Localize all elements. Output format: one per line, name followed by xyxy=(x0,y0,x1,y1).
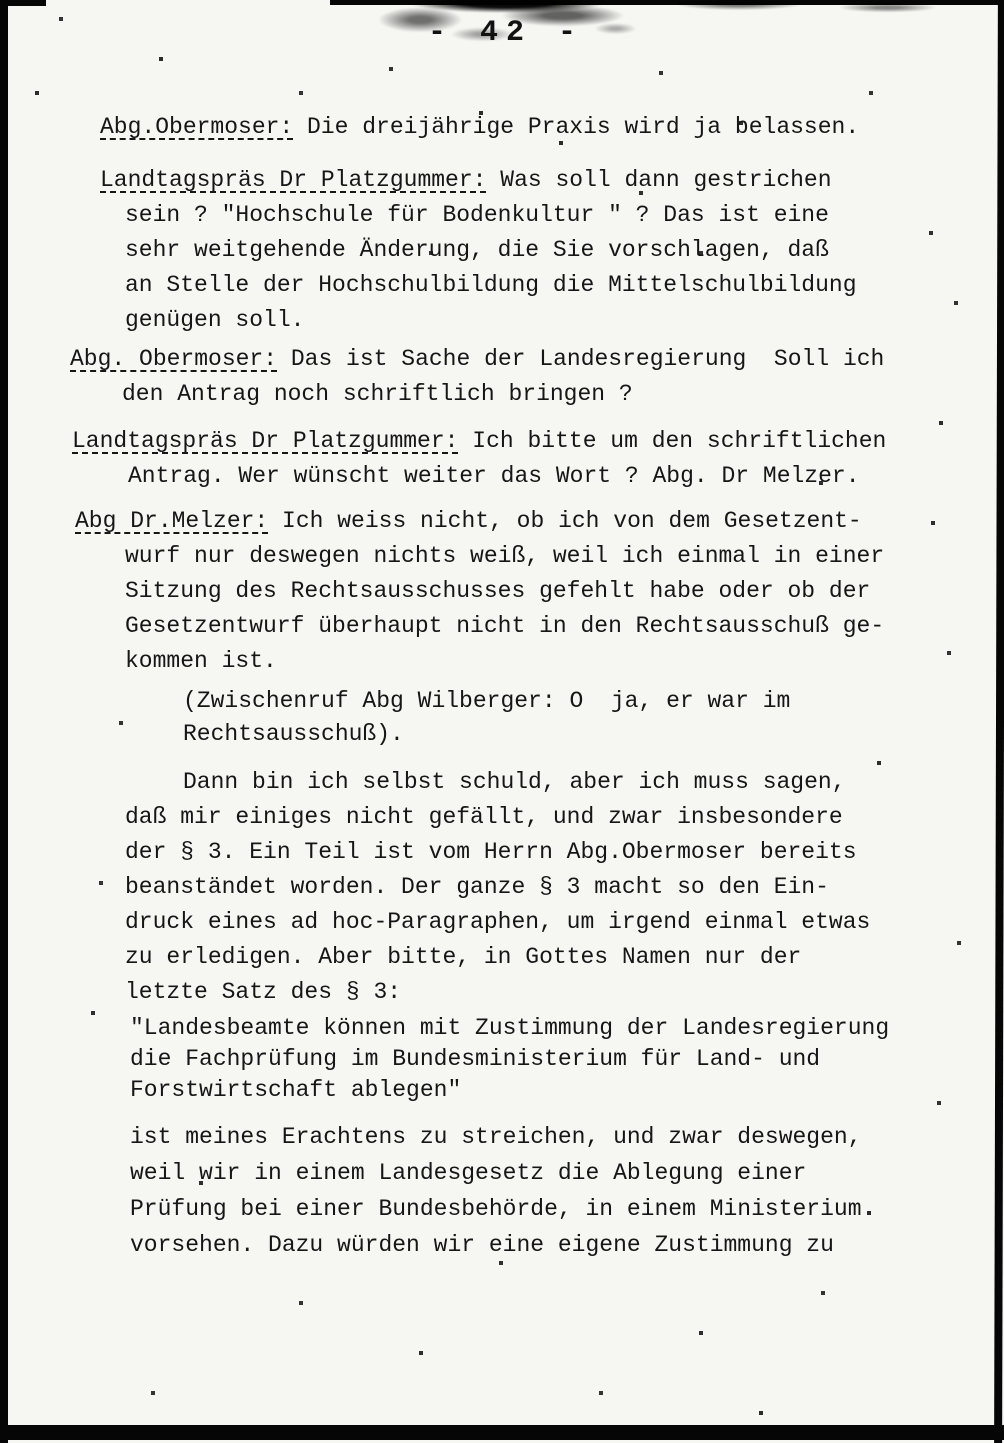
speech-text: ist meines Erachtens zu streichen, und z… xyxy=(130,1124,862,1258)
quote-text: "Landesbeamte können mit Zustimmung der … xyxy=(130,1015,889,1103)
speech-text: Dann bin ich selbst schuld, aber ich mus… xyxy=(125,769,870,1005)
speaker-name: Abg.Obermoser: xyxy=(100,114,293,140)
paragraph-obermoser-2: Abg. Obermoser: Das ist Sache der Landes… xyxy=(0,342,980,412)
ink-smudge-secondary xyxy=(640,0,970,30)
speech-text: Die dreijährige Praxis wird ja belassen. xyxy=(293,114,859,140)
paragraph-interjection: (Zwischenruf Abg Wilberger: O ja, er war… xyxy=(0,685,980,751)
scan-noise-speckles xyxy=(0,0,2,2)
paragraph-melzer: Abg Dr.Melzer: Ich weiss nicht, ob ich v… xyxy=(0,504,980,679)
paragraph-platzgummer-2: Landtagspräs Dr Platzgummer: Ich bitte u… xyxy=(0,424,980,494)
paragraph-law-quote: "Landesbeamte können mit Zustimmung der … xyxy=(0,1013,980,1106)
speaker-name: Landtagspräs Dr Platzgummer: xyxy=(100,167,486,193)
interjection-text: (Zwischenruf Abg Wilberger: O ja, er war… xyxy=(183,688,790,747)
speaker-name: Abg Dr.Melzer: xyxy=(75,508,268,534)
paragraph-melzer-conclusion: ist meines Erachtens zu streichen, und z… xyxy=(0,1119,980,1263)
scan-border-right xyxy=(994,0,1004,1443)
scanned-protocol-page: { "page": { "number_label": "- 42 -" }, … xyxy=(0,0,1004,1443)
paragraph-platzgummer-1: Landtagspräs Dr Platzgummer: Was soll da… xyxy=(0,163,980,338)
paragraph-obermoser-1: Abg.Obermoser: Die dreijährige Praxis wi… xyxy=(0,110,980,145)
page-number: - 42 - xyxy=(428,16,584,50)
paragraph-melzer-continued: Dann bin ich selbst schuld, aber ich mus… xyxy=(0,765,980,1010)
scan-border-bottom xyxy=(0,1425,1004,1440)
speaker-name: Landtagspräs Dr Platzgummer: xyxy=(72,428,458,454)
document-body: Abg.Obermoser: Die dreijährige Praxis wi… xyxy=(0,110,980,1263)
scan-mark-top-left xyxy=(0,0,46,6)
speaker-name: Abg. Obermoser: xyxy=(70,346,277,372)
